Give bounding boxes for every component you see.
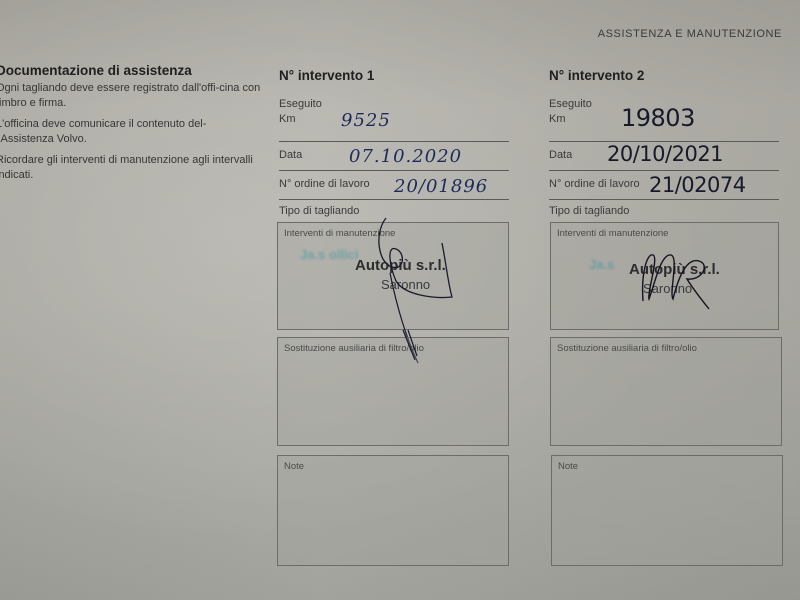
- intro-block: Documentazione di assistenza Ogni taglia…: [0, 63, 261, 189]
- signature-icon: [278, 223, 508, 329]
- km-field[interactable]: Eseguito Km 19803: [549, 96, 779, 142]
- km-label: Km: [279, 113, 296, 125]
- date-value: 07.10.2020: [349, 146, 462, 167]
- section-header: ASSISTENZA E MANUTENZIONE: [598, 28, 782, 40]
- intervention-title: N° intervento 1: [279, 68, 509, 96]
- intro-paragraph: Ricordare gli interventi di manutenzione…: [0, 153, 261, 182]
- date-label: Data: [279, 149, 302, 161]
- intro-paragraph: Ogni tagliando deve essere registrato da…: [0, 81, 261, 110]
- maintenance-box[interactable]: Interventi di manutenzione Ja.s Autopiù …: [550, 222, 779, 330]
- work-order-label: N° ordine di lavoro: [549, 178, 640, 190]
- intervention-1: N° intervento 1 Eseguito Km 9525 Data 07…: [279, 68, 509, 219]
- eseguito-label: Eseguito: [549, 98, 592, 110]
- date-field[interactable]: Data 20/10/2021: [549, 142, 779, 171]
- eseguito-label: Eseguito: [279, 98, 322, 110]
- notes-label: Note: [558, 461, 578, 472]
- work-order-field[interactable]: N° ordine di lavoro 20/01896: [279, 171, 509, 200]
- km-label: Km: [549, 113, 566, 125]
- work-order-value: 20/01896: [394, 176, 488, 197]
- filter-oil-box[interactable]: Sostituzione ausiliaria di filtro/olio: [277, 337, 509, 446]
- work-order-field[interactable]: N° ordine di lavoro 21/02074: [549, 171, 779, 200]
- filter-oil-label: Sostituzione ausiliaria di filtro/olio: [557, 343, 697, 354]
- maintenance-box[interactable]: Interventi di manutenzione Ja.s ollici A…: [277, 222, 509, 330]
- service-type-label: Tipo di tagliando: [279, 205, 509, 219]
- work-order-label: N° ordine di lavoro: [279, 178, 370, 190]
- intro-title: Documentazione di assistenza: [0, 63, 261, 78]
- intervention-title: N° intervento 2: [549, 68, 779, 96]
- work-order-value: 21/02074: [649, 173, 746, 197]
- notes-box[interactable]: Note: [551, 455, 783, 566]
- service-type-label: Tipo di tagliando: [549, 205, 779, 219]
- notes-box[interactable]: Note: [277, 455, 509, 566]
- signature-icon: [551, 223, 778, 329]
- service-booklet-page: ASSISTENZA E MANUTENZIONE Documentazione…: [0, 0, 800, 600]
- filter-oil-box[interactable]: Sostituzione ausiliaria di filtro/olio: [550, 337, 782, 446]
- signature-tail-icon: [278, 338, 508, 445]
- km-value: 9525: [341, 110, 391, 131]
- km-field[interactable]: Eseguito Km 9525: [279, 96, 509, 142]
- date-label: Data: [549, 149, 572, 161]
- date-field[interactable]: Data 07.10.2020: [279, 142, 509, 171]
- date-value: 20/10/2021: [607, 142, 723, 166]
- km-value: 19803: [621, 104, 695, 132]
- intervention-2: N° intervento 2 Eseguito Km 19803 Data 2…: [549, 68, 779, 219]
- intro-paragraph: L'officina deve comunicare il contenuto …: [0, 117, 261, 146]
- notes-label: Note: [284, 461, 304, 472]
